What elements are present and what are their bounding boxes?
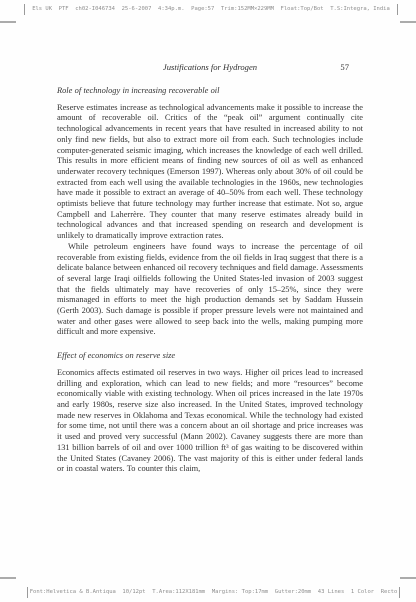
proof-footer: Font:Helvetica & B.Antiqua 10/12pt T.Are…: [27, 586, 400, 598]
paragraph-economics-1: Economics affects estimated oil reserves…: [57, 368, 363, 475]
book-page: Els UK PTF ch02-I046734 25-6-2007 4:34p.…: [0, 0, 416, 602]
crop-mark-header-right: [397, 4, 398, 15]
crop-mark-footer-right: [399, 587, 400, 598]
body-text-column: Role of technology in increasing recover…: [57, 86, 363, 475]
section-heading-technology: Role of technology in increasing recover…: [57, 86, 363, 97]
proof-header-text: Els UK PTF ch02-I046734 25-6-2007 4:34p.…: [25, 6, 397, 12]
paragraph-technology-2: While petroleum engineers have found way…: [57, 242, 363, 338]
proof-footer-text: Font:Helvetica & B.Antiqua 10/12pt T.Are…: [28, 589, 399, 595]
page-number: 57: [340, 62, 349, 72]
running-head: Justifications for Hydrogen 57: [57, 62, 363, 74]
section-heading-economics: Effect of economics on reserve size: [57, 351, 363, 362]
crop-mark-top-left: [0, 21, 16, 23]
proof-header: Els UK PTF ch02-I046734 25-6-2007 4:34p.…: [24, 3, 398, 15]
crop-mark-bottom-left: [0, 577, 16, 579]
crop-mark-bottom-right: [400, 577, 416, 579]
paragraph-technology-1: Reserve estimates increase as technologi…: [57, 103, 363, 242]
crop-mark-top-right: [400, 21, 416, 23]
running-head-title: Justifications for Hydrogen: [57, 62, 363, 72]
